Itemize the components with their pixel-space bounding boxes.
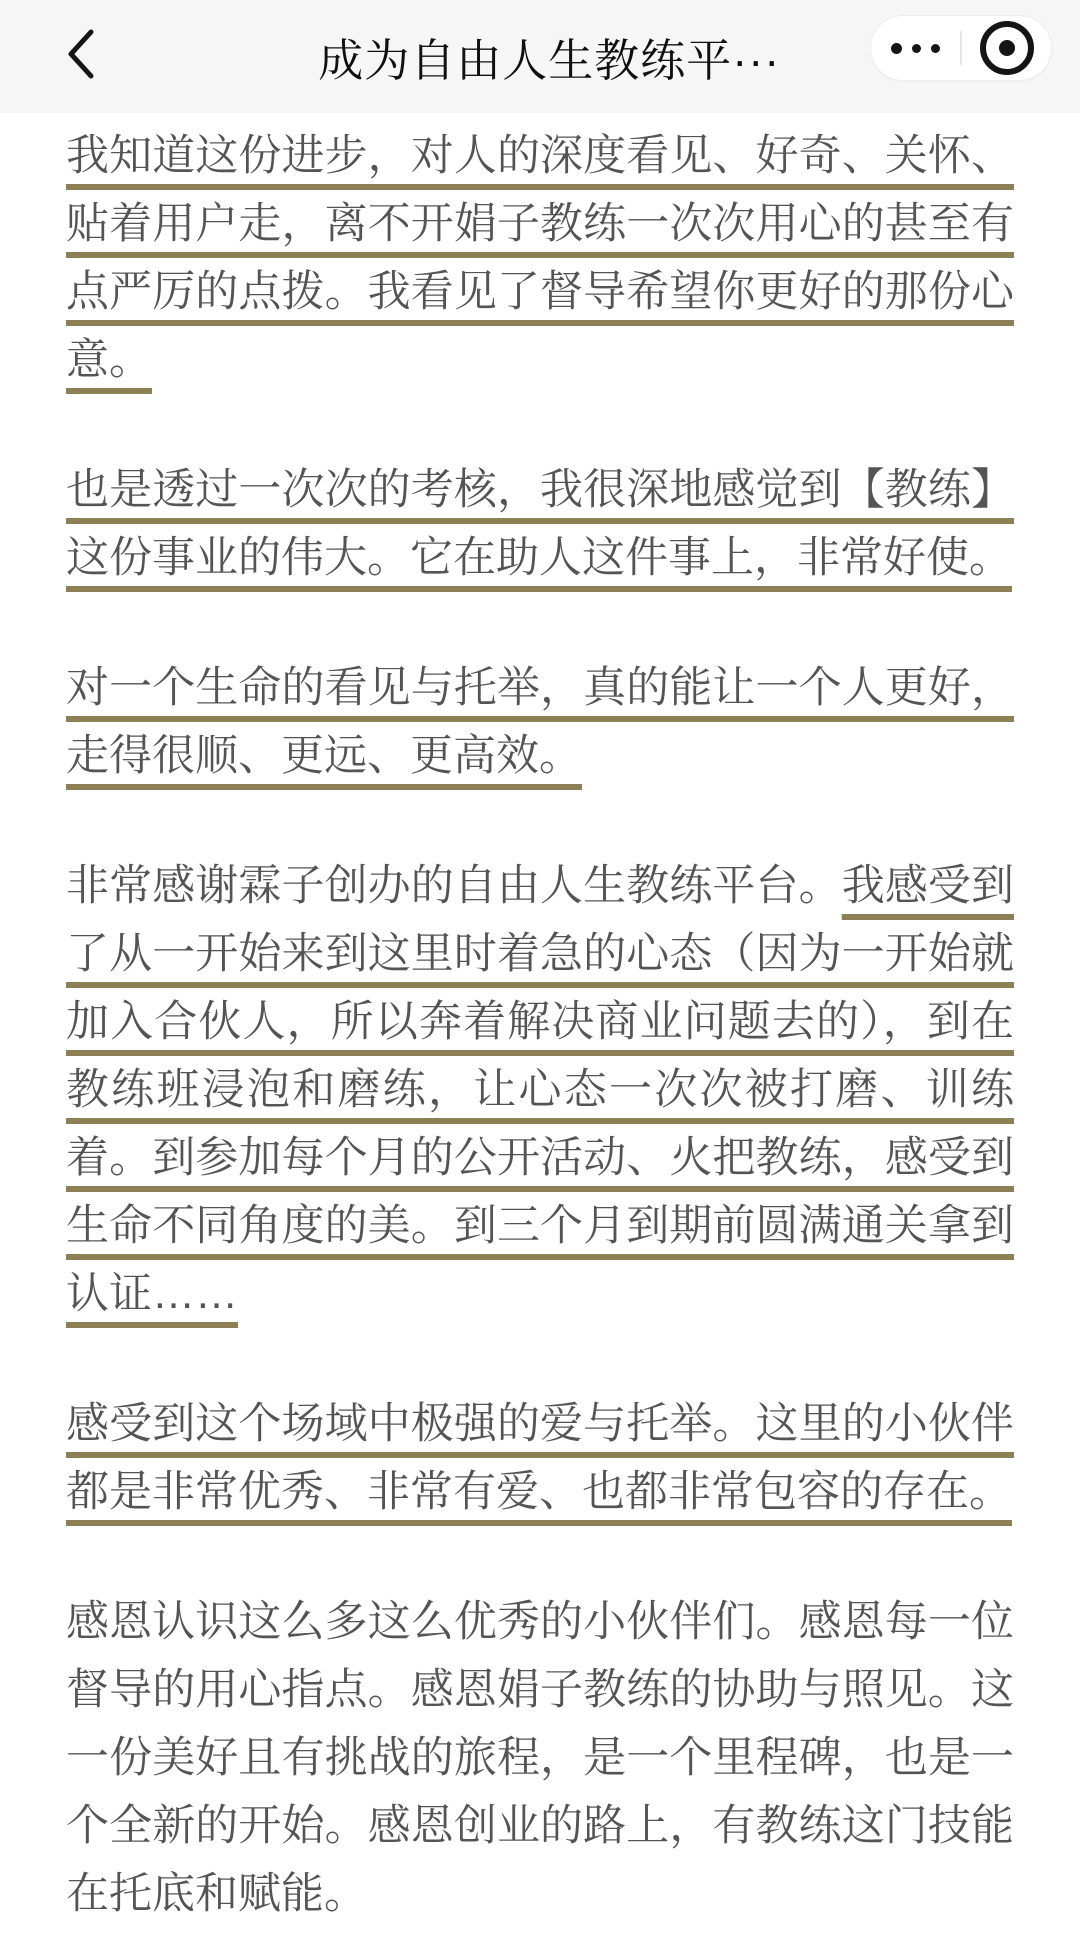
more-button[interactable] <box>871 16 960 80</box>
article-card: 我知道这份进步，对人的深度看见、好奇、关怀、贴着用户走，离不开娟子教练一次次用心… <box>0 92 1080 1939</box>
article-body: 我知道这份进步，对人的深度看见、好奇、关怀、贴着用户走，离不开娟子教练一次次用心… <box>66 122 1014 1928</box>
nav-bar: 成为自由人生教练平··· <box>0 0 1080 113</box>
paragraph: 我知道这份进步，对人的深度看见、好奇、关怀、贴着用户走，离不开娟子教练一次次用心… <box>66 122 1014 394</box>
page-title: 成为自由人生教练平··· <box>318 0 780 113</box>
paragraph: 非常感谢霖子创办的自由人生教练平台。我感受到了从一开始来到这里时着急的心态（因为… <box>66 852 1014 1328</box>
exit-button[interactable] <box>962 16 1051 80</box>
underlined-text: 也是透过一次次的考核，我很深地感觉到【教练】这份事业的伟大。它在助人这件事上，非… <box>66 466 1014 582</box>
back-button[interactable] <box>48 22 112 86</box>
paragraph: 也是透过一次次的考核，我很深地感觉到【教练】这份事业的伟大。它在助人这件事上，非… <box>66 456 1014 592</box>
underlined-text: 我知道这份进步，对人的深度看见、好奇、关怀、贴着用户走，离不开娟子教练一次次用心… <box>66 132 1014 384</box>
underlined-text: 对一个生命的看见与托举，真的能让一个人更好，走得很顺、更远、更高效。 <box>66 664 1014 780</box>
paragraph: 感受到这个场域中极强的爱与托举。这里的小伙伴都是非常优秀、非常有爱、也都非常包容… <box>66 1390 1014 1526</box>
paragraph: 感恩认识这么多这么优秀的小伙伴们。感恩每一位督导的用心指点。感恩娟子教练的协助与… <box>66 1588 1014 1928</box>
plain-text: 感恩认识这么多这么优秀的小伙伴们。感恩每一位督导的用心指点。感恩娟子教练的协助与… <box>66 1598 1014 1918</box>
target-circle-icon <box>980 21 1034 75</box>
underlined-text: 我感受到了从一开始来到这里时着急的心态（因为一开始就加入合伙人，所以奔着解决商业… <box>66 862 1014 1318</box>
three-dots-icon <box>891 43 940 54</box>
underlined-text: 感受到这个场域中极强的爱与托举。这里的小伙伴都是非常优秀、非常有爱、也都非常包容… <box>66 1400 1014 1516</box>
plain-text: 非常感谢霖子创办的自由人生教练平台。 <box>66 862 842 910</box>
paragraph: 对一个生命的看见与托举，真的能让一个人更好，走得很顺、更远、更高效。 <box>66 654 1014 790</box>
chevron-left-icon <box>65 28 95 80</box>
capsule-menu <box>870 15 1052 81</box>
miniprogram-screen: 成为自由人生教练平··· 我知道这份进步，对人的深度看见、好奇、关怀、贴着用户走… <box>0 0 1080 1939</box>
